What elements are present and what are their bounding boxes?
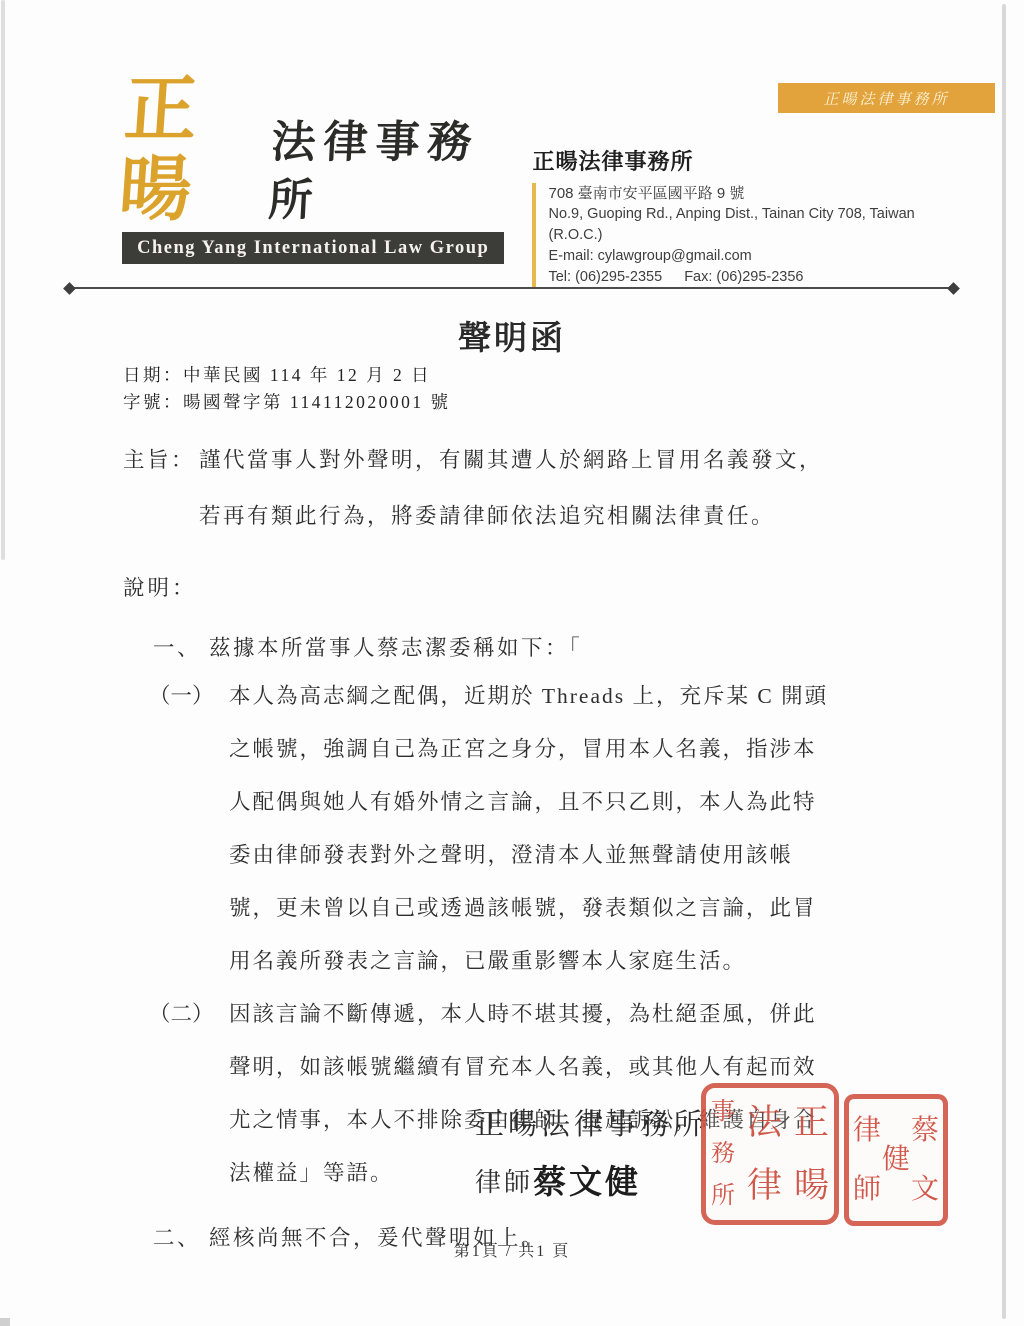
contact-tel-fax: Tel: (06)295-2355 Fax: (06)295-2356 bbox=[548, 267, 962, 288]
subitem-1-line: 號，更未曾以自己或透過該帳號，發表類似之言論，此冒 bbox=[229, 882, 928, 935]
seal-column: 健 bbox=[882, 1101, 910, 1219]
subject-text: 謹代當事人對外聲明，有關其遭人於網路上冒用名義發文， 若再有類此行為，將委請律師… bbox=[199, 432, 823, 544]
logo-english-banner: Cheng Yang International Law Group bbox=[122, 232, 504, 264]
seal-character: 法 bbox=[747, 1105, 782, 1140]
seal-character: 務 bbox=[711, 1142, 735, 1166]
seal-character: 正 bbox=[794, 1105, 829, 1140]
explanation-item-1: 一、 茲據本所當事人蔡志潔委稱如下：「 bbox=[153, 626, 928, 670]
signature-lawyer-line: 律師 蔡文健 bbox=[475, 1161, 706, 1203]
seal-character: 文 bbox=[911, 1176, 939, 1204]
lawyer-seal-stamp: 蔡 文 健 律 師 bbox=[844, 1094, 948, 1226]
scan-edge-bottom bbox=[0, 1318, 10, 1326]
firm-logo: 正暘 法律事務所 Cheng Yang International Law Gr… bbox=[122, 142, 504, 288]
contact-address-zh: 708 臺南市安平區國平路 9 號 bbox=[548, 183, 962, 204]
seal-column: 事 務 所 bbox=[711, 1091, 735, 1217]
contact-info: 正暘法律事務所 708 臺南市安平區國平路 9 號 No.9, Guoping … bbox=[532, 142, 962, 288]
item-1-text: 茲據本所當事人蔡志潔委稱如下：「 bbox=[209, 626, 582, 670]
contact-tel: Tel: (06)295-2355 bbox=[548, 269, 662, 285]
header-divider-rule bbox=[68, 287, 955, 289]
explanation-subitem-1: （一） 本人為高志綱之配偶，近期於 Threads 上，充斥某 C 開頭 之帳號… bbox=[149, 670, 928, 988]
subitem-1-line: 之帳號，強調自己為正宮之身分，冒用本人名義，指涉本 bbox=[229, 723, 928, 776]
seal-column: 蔡 文 bbox=[911, 1101, 939, 1219]
subitem-2-label: （二） bbox=[149, 988, 229, 1200]
subject-label: 主旨： bbox=[123, 432, 199, 544]
date-line: 日期：中華民國 114 年 12 月 2 日 bbox=[123, 362, 928, 389]
seal-character: 律 bbox=[747, 1168, 782, 1203]
seal-character: 師 bbox=[853, 1176, 881, 1204]
subject-line: 謹代當事人對外聲明，有關其遭人於網路上冒用名義發文， bbox=[199, 432, 823, 488]
document-title: 聲明函 bbox=[0, 312, 1024, 359]
contact-address-en: No.9, Guoping Rd., Anping Dist., Tainan … bbox=[548, 204, 962, 246]
signature-block: 正暘法律事務所 律師 蔡文健 bbox=[475, 1102, 706, 1203]
corner-firm-banner: 正暘法律事務所 bbox=[778, 83, 995, 113]
signature-lawyer-name: 蔡文健 bbox=[533, 1161, 641, 1203]
logo-calligraphy: 正暘 法律事務所 bbox=[122, 142, 504, 230]
seal-character: 健 bbox=[882, 1146, 910, 1174]
firm-seal-stamp: 正 暘 法 律 事 務 所 bbox=[701, 1083, 839, 1225]
subitem-2-line: 因該言論不斷傳遞，本人時不堪其擾，為杜絕歪風，併此 bbox=[229, 988, 928, 1041]
item-1-label: 一、 bbox=[153, 626, 209, 670]
subject-section: 主旨： 謹代當事人對外聲明，有關其遭人於網路上冒用名義發文， 若再有類此行為，將… bbox=[123, 432, 928, 544]
seal-character: 蔡 bbox=[911, 1117, 939, 1145]
logo-gold-characters: 正暘 bbox=[116, 70, 268, 230]
subitem-1-label: （一） bbox=[149, 670, 229, 988]
subject-line: 若再有類此行為，將委請律師依法追究相關法律責任。 bbox=[199, 488, 823, 544]
signature-role: 律師 bbox=[475, 1163, 533, 1203]
letterhead: 正暘 法律事務所 Cheng Yang International Law Gr… bbox=[122, 142, 962, 288]
subitem-1-line: 用名義所發表之言論，已嚴重影響本人家庭生活。 bbox=[229, 935, 928, 988]
contact-fax: Fax: (06)295-2356 bbox=[684, 269, 803, 285]
seal-column: 法 律 bbox=[747, 1091, 782, 1217]
contact-email: E-mail: cylawgroup@gmail.com bbox=[548, 246, 962, 267]
subitem-1-line: 本人為高志綱之配偶，近期於 Threads 上，充斥某 C 開頭 bbox=[229, 670, 928, 723]
reference-number-line: 字號：暘國聲字第 114112020001 號 bbox=[123, 389, 928, 416]
page-number-footer: 第1頁 / 共1 頁 bbox=[0, 1238, 1024, 1261]
signature-firm-name: 正暘法律事務所 bbox=[475, 1102, 706, 1143]
seal-character: 所 bbox=[711, 1184, 735, 1208]
seal-column: 正 暘 bbox=[794, 1091, 829, 1217]
logo-black-characters: 法律事務所 bbox=[267, 114, 507, 230]
seal-column: 律 師 bbox=[853, 1101, 881, 1219]
seal-character: 事 bbox=[711, 1100, 735, 1124]
contact-firm-name: 正暘法律事務所 bbox=[532, 145, 962, 176]
subitem-1-line: 人配偶與她人有婚外情之言論，且不只乙則，本人為此特 bbox=[229, 776, 928, 829]
seal-character: 律 bbox=[853, 1117, 881, 1145]
subitem-1-line: 委由律師發表對外之聲明，澄清本人並無聲請使用該帳 bbox=[229, 829, 928, 882]
scan-edge-right bbox=[1002, 4, 1006, 1319]
explanation-heading: 說明： bbox=[123, 568, 928, 608]
document-page: 正暘法律事務所 正暘 法律事務所 Cheng Yang Internationa… bbox=[0, 0, 1024, 1326]
contact-details: 708 臺南市安平區國平路 9 號 No.9, Guoping Rd., Anp… bbox=[532, 183, 962, 288]
subitem-1-text: 本人為高志綱之配偶，近期於 Threads 上，充斥某 C 開頭 之帳號，強調自… bbox=[229, 670, 928, 988]
scan-edge-left bbox=[1, 0, 5, 560]
seal-character: 暘 bbox=[794, 1168, 829, 1203]
